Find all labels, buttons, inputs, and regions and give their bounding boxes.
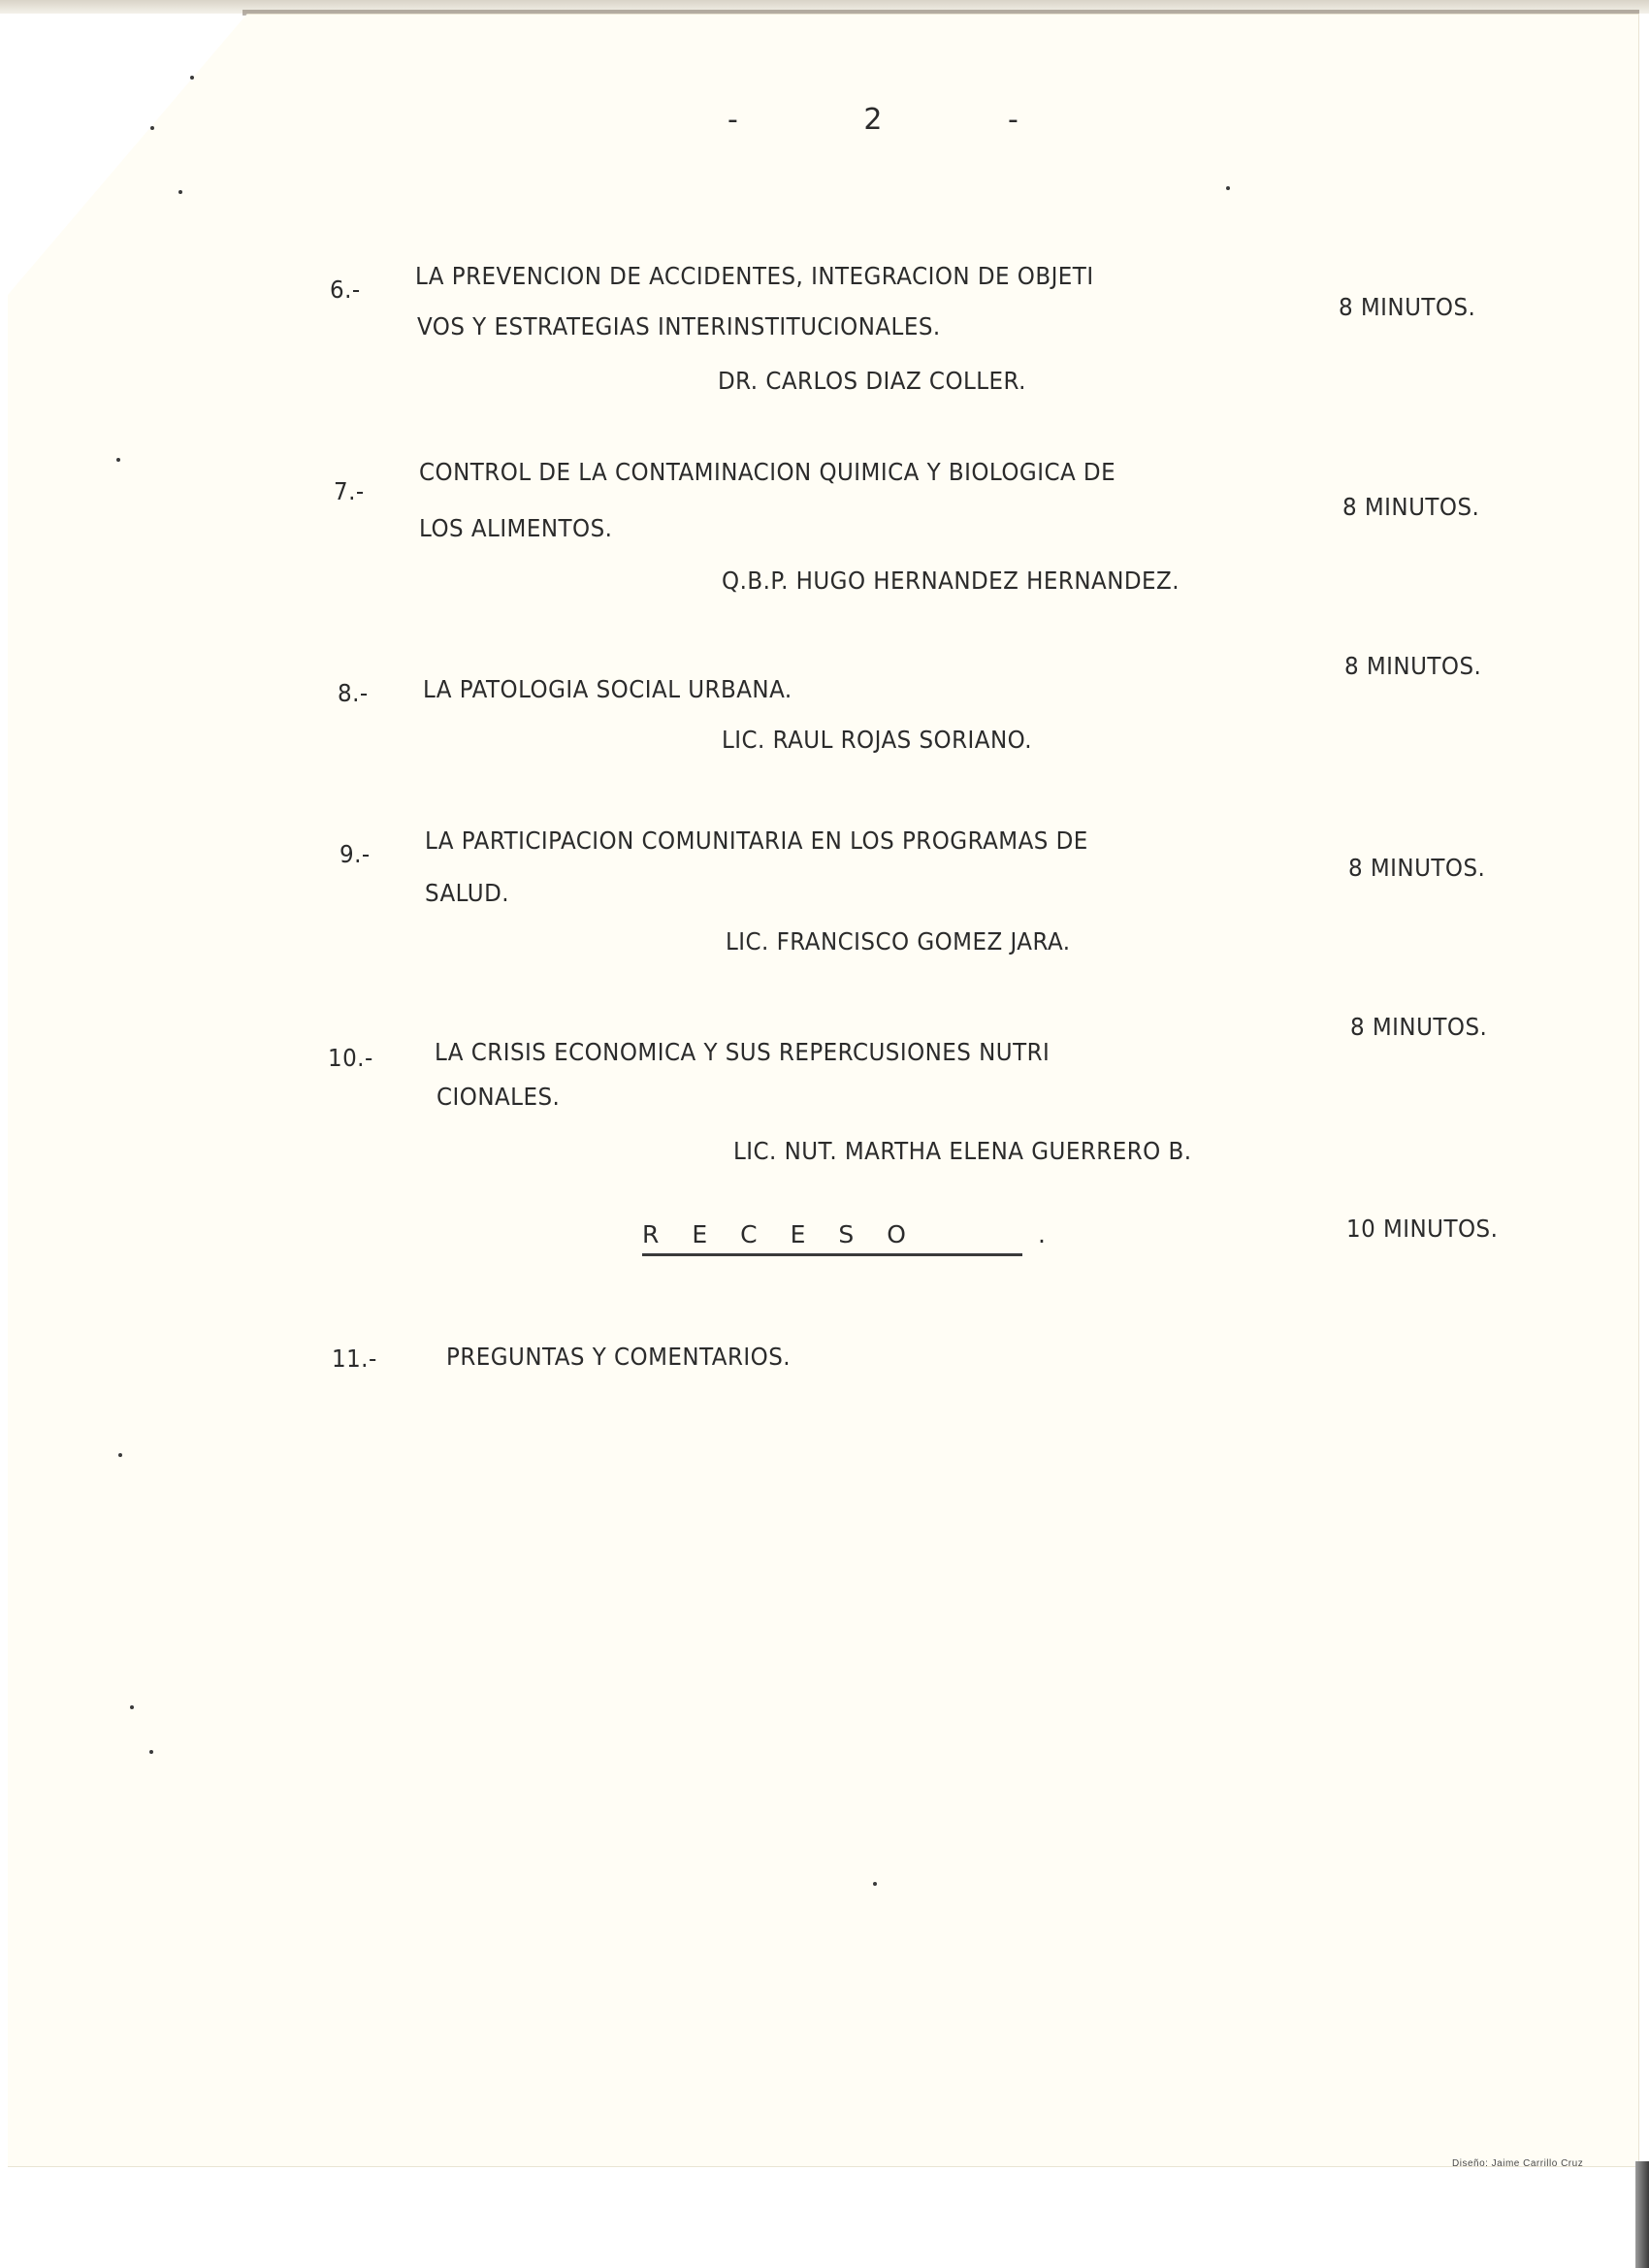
item-title-line: SALUD. (425, 879, 509, 907)
item-speaker: Q.B.P. HUGO HERNANDEZ HERNANDEZ. (722, 567, 1180, 595)
item-speaker: DR. CARLOS DIAZ COLLER. (718, 367, 1026, 395)
item-duration: 8 MINUTOS. (1344, 652, 1481, 680)
item-number: 6.- (330, 275, 361, 304)
scan-speck (130, 1705, 134, 1709)
item-number: 10.- (328, 1044, 373, 1072)
item-duration: 8 MINUTOS. (1348, 854, 1485, 882)
footer-credit: Diseño: Jaime Carrillo Cruz (1452, 2158, 1583, 2169)
item-title-line: CIONALES. (436, 1083, 560, 1111)
break-underline (642, 1253, 1022, 1256)
item-duration: 8 MINUTOS. (1339, 293, 1475, 321)
item-number: 11.- (332, 1345, 377, 1373)
page-number: - 2 - (727, 103, 1077, 137)
item-title-line: LA PARTICIPACION COMUNITARIA EN LOS PROG… (425, 826, 1088, 855)
scan-speck (190, 76, 194, 80)
scanner-edge (1635, 2161, 1649, 2268)
item-duration: 8 MINUTOS. (1350, 1013, 1487, 1041)
scan-speck (178, 190, 182, 194)
item-speaker: LIC. RAUL ROJAS SORIANO. (722, 726, 1032, 754)
scan-speck (118, 1453, 122, 1457)
scan-speck (149, 1750, 153, 1754)
item-title-line: LOS ALIMENTOS. (419, 514, 612, 542)
item-duration: 8 MINUTOS. (1342, 493, 1479, 521)
item-title-line: LA CRISIS ECONOMICA Y SUS REPERCUSIONES … (435, 1038, 1050, 1066)
item-title-line: LA PATOLOGIA SOCIAL URBANA. (423, 675, 792, 703)
item-speaker: LIC. NUT. MARTHA ELENA GUERRERO B. (733, 1137, 1191, 1165)
item-title-line: VOS Y ESTRATEGIAS INTERINSTITUCIONALES. (417, 312, 941, 340)
item-title-line: PREGUNTAS Y COMENTARIOS. (446, 1343, 791, 1371)
break-duration: 10 MINUTOS. (1346, 1215, 1498, 1243)
scan-speck (1226, 186, 1230, 190)
scan-speck (150, 126, 154, 130)
scan-speck (873, 1882, 877, 1886)
break-label: RECESO (642, 1220, 939, 1248)
item-number: 9.- (339, 840, 371, 868)
item-number: 8.- (338, 679, 369, 707)
item-number: 7.- (334, 477, 365, 505)
break-dot: . (1038, 1220, 1046, 1248)
scan-speck (116, 458, 120, 462)
item-speaker: LIC. FRANCISCO GOMEZ JARA. (726, 927, 1071, 956)
item-title-line: CONTROL DE LA CONTAMINACION QUIMICA Y BI… (419, 458, 1115, 486)
item-title-line: LA PREVENCION DE ACCIDENTES, INTEGRACION… (415, 262, 1094, 290)
